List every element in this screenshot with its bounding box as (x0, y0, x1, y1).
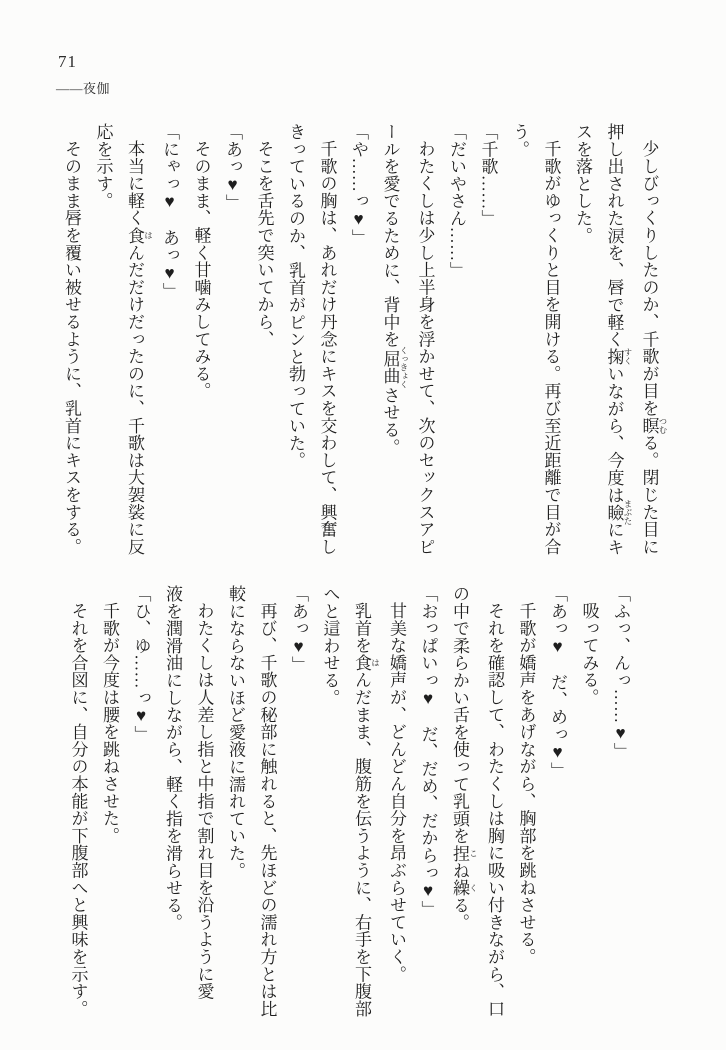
text-column: う。 (504, 123, 536, 561)
running-header-chapter-title: ――夜伽 (56, 78, 110, 97)
text-column: 較にならないほど愛液に濡れていた。 (220, 585, 252, 1023)
text-column: 千歌が嬌声をあげながら、胸部を跳ねさせる。 (510, 585, 542, 1023)
text-column: きっているのか、乳首がピンと勃っていた。 (280, 123, 312, 561)
text-column: 「あっ♥」 (283, 585, 315, 1023)
text-column: 千歌の胸は、あれだけ丹念にキスを交わして、興奮し (311, 123, 343, 561)
furigana-ruby: 瞼まぶた (605, 504, 624, 522)
text-column: スを落とした。 (567, 123, 599, 561)
page-number: 71 (58, 52, 77, 72)
text-column: それを確認して、わたくしは胸に吸い付きながら、口 (479, 585, 511, 1023)
text-column: へと這わせる。 (314, 585, 346, 1023)
text-column: 甘美な嬌声が、どんどん自分を昂ぶらせていく。 (381, 585, 413, 1023)
text-column: 千歌がゆっくりと目を開ける。再び至近距離で目が合 (535, 123, 567, 561)
text-column: 「や……っ♥」 (343, 123, 375, 561)
text-column: 「千歌……」 (472, 123, 504, 561)
text-column: そのまま、軽く甘噛みしてみる。 (185, 123, 217, 561)
text-column: 液を潤滑油にしながら、軽く指を滑らせる。 (157, 585, 189, 1023)
furigana-ruby: 食は (352, 654, 371, 671)
text-column: 少しびっくりしたのか、千歌が目を瞑つむる。閉じた目に (633, 123, 668, 561)
text-column: 「あっ♥」 (217, 123, 249, 561)
furigana-ruby: 繰く (450, 879, 469, 896)
book-page: 71 ――夜伽 少しびっくりしたのか、千歌が目を瞑つむる。閉じた目に押し出された… (0, 0, 726, 1050)
text-column: 応を示す。 (87, 123, 119, 561)
text-column: わたくしは人差し指と中指で割れ目を沿うように愛 (188, 585, 220, 1023)
text-column: 乳首を食はんだまま、腹筋を伝うように、右手を下腹部 (346, 585, 381, 1023)
text-column: 「だいやさん……」 (441, 123, 473, 561)
furigana-ruby: 屈曲くっきょく (381, 348, 400, 387)
text-column: わたくしは少し上半身を浮かせて、次のセックスアピ (409, 123, 441, 561)
text-column: 吸ってみる。 (573, 585, 605, 1023)
text-block-top: 少しびっくりしたのか、千歌が目を瞑つむる。閉じた目に押し出された涙を、唇で軽く掬… (56, 123, 669, 561)
text-column: 再び、千歌の秘部に触れると、先ほどの濡れ方とは比 (251, 585, 283, 1023)
text-column: 「おっぱいっ♥ だ、だめ、だからっ♥」 (412, 585, 444, 1023)
text-column: 「にゃっ♥ あっ♥」 (154, 123, 186, 561)
text-column: 「あっ♥ だ、めっ♥」 (542, 585, 574, 1023)
text-column: 本当に軽く食はんだだけだったのに、千歌は大袈裟に反 (119, 123, 154, 561)
text-column: そこを舌先で突いてから、 (248, 123, 280, 561)
text-column: 「ふっ、んっ……♥」 (605, 585, 637, 1023)
text-column: 「ひ、ゆ……っ♥」 (125, 585, 157, 1023)
text-column: そのまま唇を覆い被せるように、乳首にキスをする。 (56, 123, 88, 561)
furigana-ruby: 掬すく (605, 348, 624, 365)
furigana-ruby: 捏こ (450, 845, 469, 862)
furigana-ruby: 瞑つむ (640, 417, 659, 434)
text-column: 押し出された涙を、唇で軽く掬すくいながら、今度は瞼まぶたにキ (598, 123, 633, 561)
text-column: それを合図に、自分の本能が下腹部へと興味を示す。 (62, 585, 94, 1023)
text-column: 千歌が今度は腰を跳ねさせた。 (94, 585, 126, 1023)
text-column: の中で柔らかい舌を使って乳頭を捏こね繰くる。 (444, 585, 479, 1023)
text-block-bottom: 「ふっ、んっ……♥」吸ってみる。「あっ♥ だ、めっ♥」千歌が嬌声をあげながら、胸… (62, 585, 636, 1023)
furigana-ruby: 食は (125, 227, 144, 244)
text-column: ールを愛でるために、背中を屈曲くっきょくさせる。 (374, 123, 409, 561)
